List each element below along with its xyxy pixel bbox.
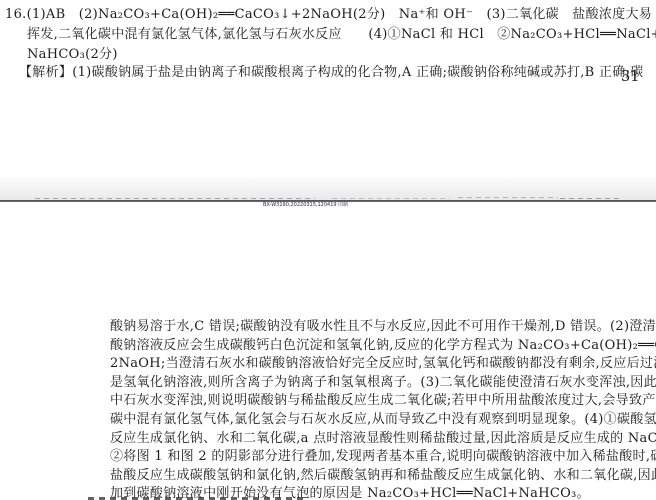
scan-noise-dashes — [560, 198, 622, 199]
answer-line-3: NaHCO₃(2分) — [27, 47, 118, 62]
analysis-line-1: 【解析】(1)碳酸钠属于盐是由钠离子和碳酸根离子构成的化合物,A 正确;碳酸钠俗… — [19, 65, 644, 80]
analysis-line-4: 2NaOH;当澄清石灰水和碳酸钠溶液恰好完全反应时,氢氧化钙和碳酸钠都没有剩余,… — [110, 356, 656, 371]
print-mark: BX-W3190,20220315,120419 印制 — [263, 202, 348, 208]
answer-line-1: 16.(1)AB (2)Na₂CO₃+Ca(OH)₂══CaCO₃↓+2NaOH… — [5, 7, 652, 22]
analysis-line-10: 盐酸反应生成碳酸氢钠和氯化钠,然后碳酸氢钠再和稀盐酸反应生成氯化钠、水和二氧化碳… — [110, 468, 656, 483]
page-number: 31 — [621, 69, 639, 85]
analysis-line-5: 是氢氧化钠溶液,则所含离子为钠离子和氢氧根离子。(3)二氧化碳能使澄清石灰水变浑… — [110, 375, 656, 390]
analysis-line-8: 反应生成氯化钠、水和二氧化碳,a 点时溶液显酸性则稀盐酸过量,因此溶质是反应生成… — [110, 431, 656, 446]
analysis-line-7: 碳中混有氯化氢气体,氯化氢会与石灰水反应,从而导致乙中没有观察到明显现象。(4)… — [110, 412, 656, 427]
analysis-line-3: 酸钠溶液反应会生成碳酸钙白色沉淀和氢氧化钠,反应的化学方程式为 Na₂CO₃+C… — [110, 338, 656, 353]
scan-noise-dashes — [332, 198, 450, 199]
page: { "page_number": "31", "print_mark": "BX… — [0, 0, 656, 500]
analysis-line-2: 酸钠易溶于水,C 错误;碳酸钠没有吸水性且不与水反应,因此不可用作干燥剂,D 错… — [110, 319, 656, 334]
analysis-line-6: 中石灰水变浑浊,则说明碳酸钠与稀盐酸反应生成二氧化碳;若甲中所用盐酸浓度过大,会… — [110, 393, 656, 408]
analysis-line-9: ②将图 1 和图 2 的阴影部分进行叠加,发现两者基本重合,说明向碳酸钠溶液中加… — [110, 449, 656, 464]
answer-line-2: 挥发,二氧化碳中混有氯化氢气体,氯化氢与石灰水反应 (4)①NaCl 和 HCl… — [27, 27, 656, 42]
scan-noise-dashes — [35, 198, 315, 199]
scan-noise-dashes — [458, 197, 558, 198]
